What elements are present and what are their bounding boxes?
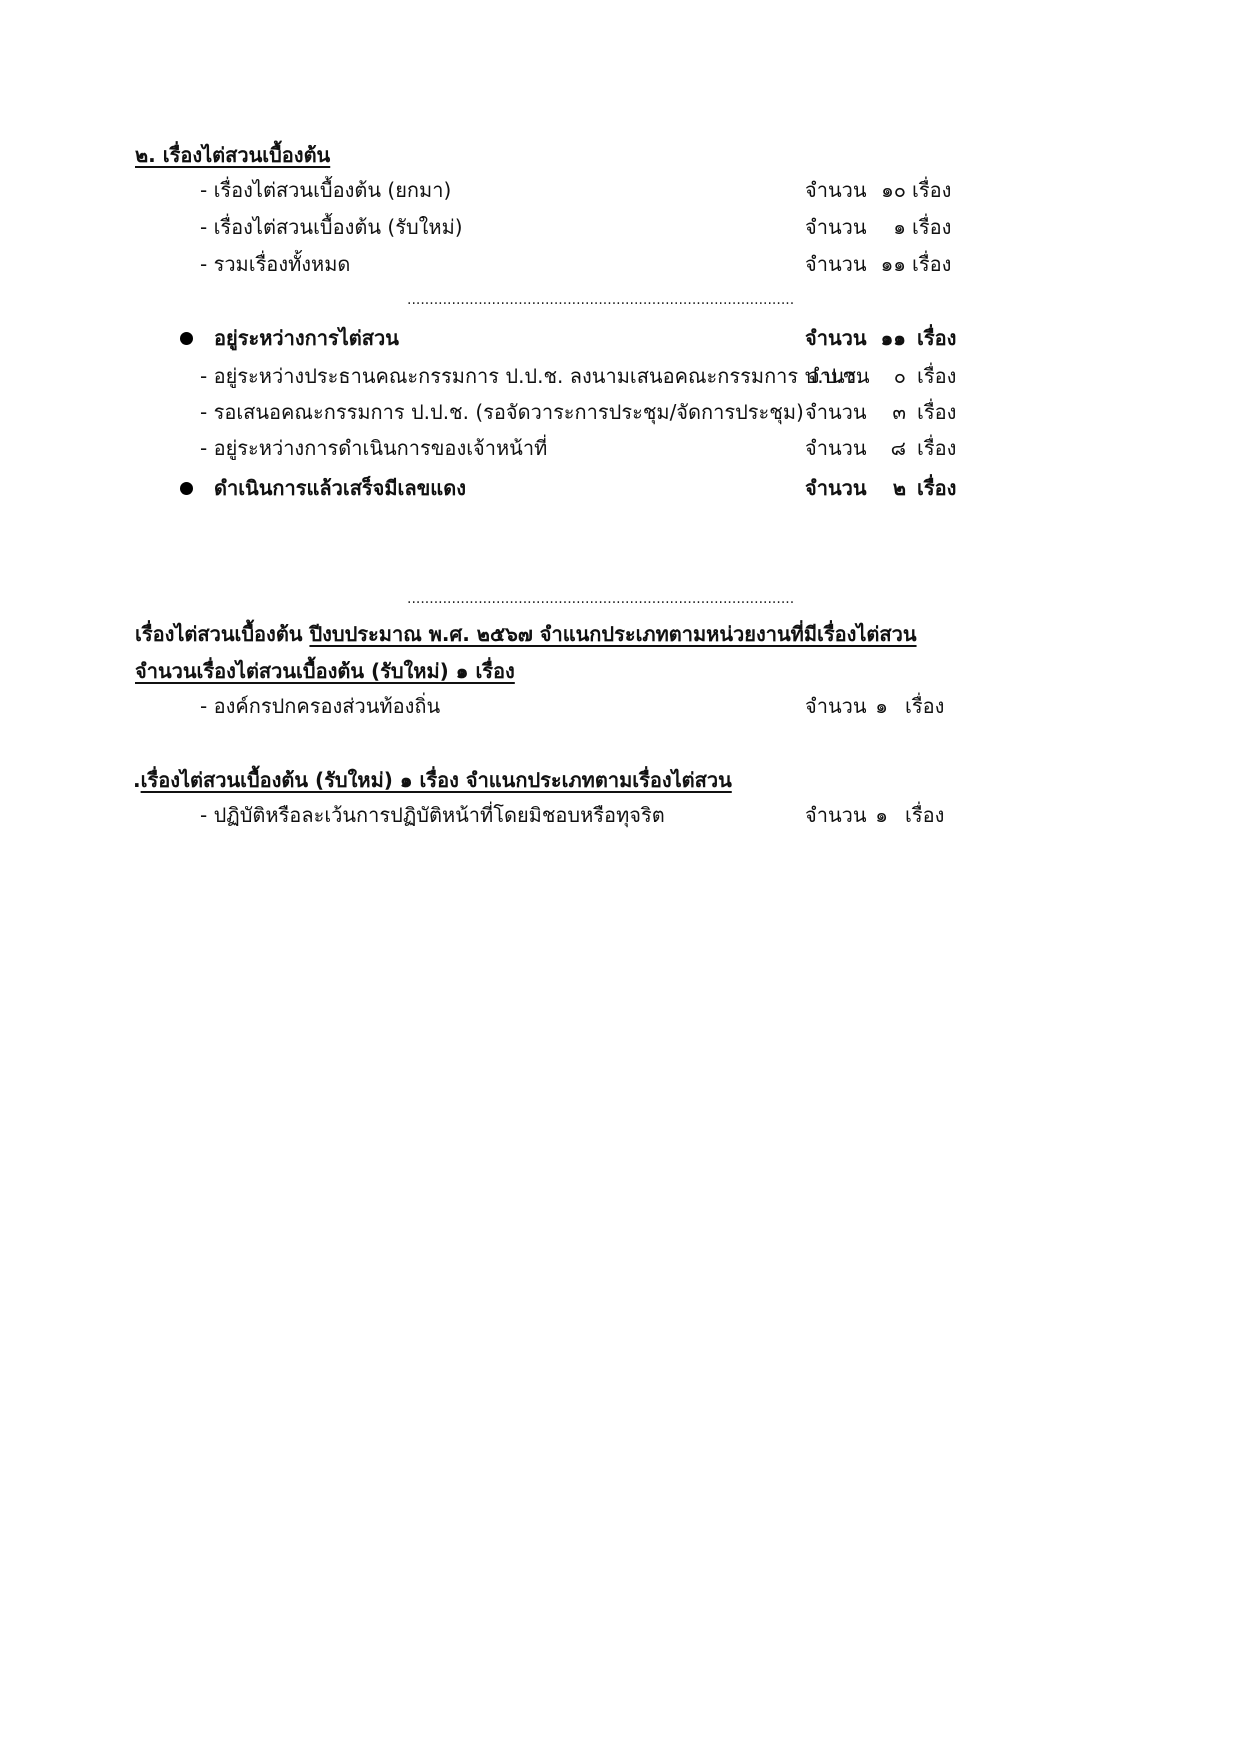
row-label: อยู่ระหว่างการไต่สวน bbox=[214, 324, 399, 352]
count-unit: เรื่อง bbox=[912, 250, 951, 278]
count-value: ๑๑ bbox=[846, 324, 906, 352]
type-heading-text: เรื่องไต่สวนเบื้องต้น (รับใหม่) ๑ เรื่อง… bbox=[141, 768, 732, 792]
document-page: ๒. เรื่องไต่สวนเบื้องต้น - เรื่องไต่สวนเ… bbox=[0, 0, 1241, 1755]
type-heading: .เรื่องไต่สวนเบื้องต้น (รับใหม่) ๑ เรื่อ… bbox=[133, 766, 732, 794]
count-unit: เรื่อง bbox=[912, 176, 951, 204]
section-heading: ๒. เรื่องไต่สวนเบื้องต้น bbox=[135, 141, 330, 169]
row-label: ดำเนินการแล้วเสร็จมีเลขแดง bbox=[214, 474, 466, 502]
row-label: - เรื่องไต่สวนเบื้องต้น (รับใหม่) bbox=[200, 213, 463, 241]
agency-heading: เรื่องไต่สวนเบื้องต้น ปีงบประมาณ พ.ศ. ๒๕… bbox=[135, 620, 917, 648]
count-value: ๑ bbox=[828, 801, 888, 829]
agency-heading-plain: เรื่องไต่สวนเบื้องต้น bbox=[135, 622, 309, 646]
count-value: ๓ bbox=[846, 398, 906, 426]
row-label: - รวมเรื่องทั้งหมด bbox=[200, 250, 350, 278]
bullet-icon bbox=[180, 482, 193, 495]
row-label: - ปฏิบัติหรือละเว้นการปฏิบัติหน้าที่โดยม… bbox=[200, 801, 665, 829]
count-unit: เรื่อง bbox=[917, 362, 956, 390]
count-unit: เรื่อง bbox=[917, 398, 956, 426]
count-value: ๑๑ bbox=[846, 250, 906, 278]
count-unit: เรื่อง bbox=[917, 324, 956, 352]
count-unit: เรื่อง bbox=[905, 801, 944, 829]
bullet-icon bbox=[180, 332, 193, 345]
count-value: ๘ bbox=[846, 434, 906, 462]
agency-heading-underlined: ปีงบประมาณ พ.ศ. ๒๕๖๗ จำแนกประเภทตามหน่วย… bbox=[309, 622, 916, 646]
count-unit: เรื่อง bbox=[912, 213, 951, 241]
agency-subheading: จำนวนเรื่องไต่สวนเบื้องต้น (รับใหม่) ๑ เ… bbox=[135, 657, 515, 685]
count-value: ๑๐ bbox=[846, 176, 906, 204]
count-value: ๒ bbox=[846, 474, 906, 502]
dotted-separator: ........................................… bbox=[407, 292, 794, 308]
row-label: - รอเสนอคณะกรรมการ ป.ป.ช. (รอจัดวาระการป… bbox=[200, 398, 804, 426]
row-label: - อยู่ระหว่างประธานคณะกรรมการ ป.ป.ช. ลงน… bbox=[200, 362, 863, 390]
row-label: - องค์กรปกครองส่วนท้องถิ่น bbox=[200, 692, 440, 720]
dotted-separator: ........................................… bbox=[407, 591, 794, 607]
count-unit: เรื่อง bbox=[917, 474, 956, 502]
count-unit: เรื่อง bbox=[917, 434, 956, 462]
count-unit: เรื่อง bbox=[905, 692, 944, 720]
count-value: ๑ bbox=[828, 692, 888, 720]
count-value: ๐ bbox=[846, 362, 906, 390]
row-label: - อยู่ระหว่างการดำเนินการของเจ้าหน้าที่ bbox=[200, 434, 547, 462]
row-label: - เรื่องไต่สวนเบื้องต้น (ยกมา) bbox=[200, 176, 451, 204]
count-value: ๑ bbox=[846, 213, 906, 241]
type-heading-prefix: . bbox=[133, 768, 141, 792]
